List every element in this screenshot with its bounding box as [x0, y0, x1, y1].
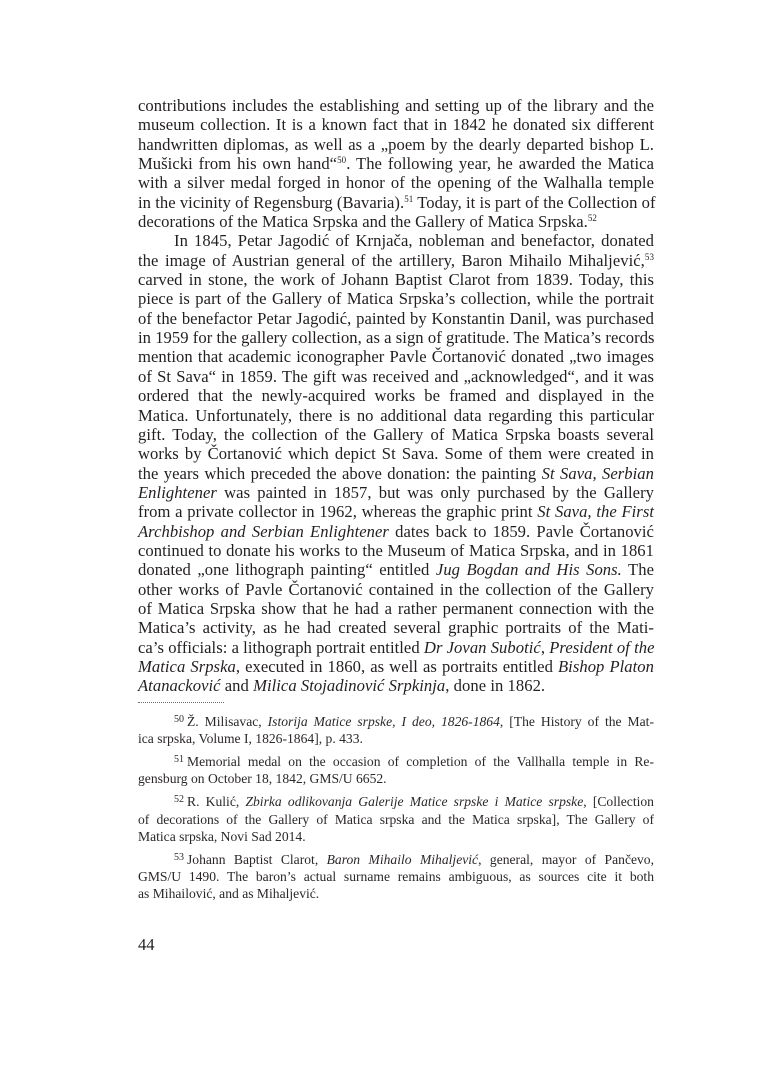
text-line: carved in stone, the work of Johann Bapt… — [138, 270, 654, 289]
text-line: continued to donate his works to the Mus… — [138, 541, 654, 560]
text-line: ca’s officials: a lithograph portrait en… — [138, 638, 654, 657]
text-run: ica srpska, Volume I, 1826-1864], p. 433… — [138, 731, 363, 746]
text-run: in the vicinity of Regensburg (Bavaria). — [138, 193, 404, 212]
text-run: and — [221, 676, 254, 695]
text-run: Ž. Milisavac, — [187, 714, 268, 729]
text-line: from a private collector in 1962, wherea… — [138, 502, 654, 521]
text-run: , — [541, 638, 549, 657]
text-line: with a silver medal forged in honor of t… — [138, 173, 654, 192]
text-run: , general, mayor of Pančevo, — [478, 852, 654, 867]
text-run: GMS/U 1490. The baron’s actual surname r… — [138, 869, 654, 884]
text-run: from a private collector in 1962, wherea… — [138, 502, 537, 521]
italic-title: Enlightener — [138, 483, 217, 502]
text-run: piece is part of the Gallery of Matica S… — [138, 289, 654, 308]
text-run: , done in 1862. — [445, 676, 545, 695]
footnote-separator — [138, 702, 224, 703]
text-run: of St Sava“ in 1859. The gift was receiv… — [138, 367, 654, 386]
text-run: . The following year, he awarded the Mat… — [346, 154, 654, 173]
italic-title: Dr Jovan Subotić — [424, 638, 541, 657]
text-run: Johann Baptist Clarot, — [187, 852, 327, 867]
text-line: Archbishop and Serbian Enlightener dates… — [138, 522, 654, 541]
footnote-line: 53Johann Baptist Clarot, Baron Mihailo M… — [138, 851, 654, 868]
body-text: contributions includes the establishing … — [138, 96, 654, 696]
text-line: Mušicki from his own hand“50. The follow… — [138, 154, 654, 173]
italic-title: Milica Stojadinović Srpkinja — [253, 676, 445, 695]
text-run: The — [622, 560, 654, 579]
text-run: gift. Today, the collection of the Galle… — [138, 425, 654, 444]
text-run: , [Collection — [583, 794, 654, 809]
footnote-reference[interactable]: 50 — [337, 155, 346, 165]
text-run: with a silver medal forged in honor of t… — [138, 173, 654, 192]
text-run: carved in stone, the work of Johann Bapt… — [138, 270, 654, 289]
italic-title: Istorija Matice srpske, I deo, 1826-1864 — [268, 714, 500, 729]
text-run: other works of Pavle Čortanović containe… — [138, 580, 654, 599]
footnote-line: of decorations of the Gallery of Matica … — [138, 811, 654, 828]
text-run: of Matica Srpska show that he had a rath… — [138, 599, 654, 618]
footnote-number: 52 — [174, 794, 184, 805]
text-run: Matica’s activity, as he had created sev… — [138, 618, 654, 637]
text-run: Mušicki from his own hand“ — [138, 154, 337, 173]
text-run: was painted in 1857, but was only purcha… — [217, 483, 654, 502]
page-number: 44 — [138, 935, 155, 955]
text-run: the image of Austrian general of the art… — [138, 251, 645, 270]
text-line: Matica. Unfortunately, there is no addit… — [138, 406, 654, 425]
text-line: ordered that the newly-acquired works be… — [138, 386, 654, 405]
text-line: the years which preceded the above donat… — [138, 464, 654, 483]
italic-title: President of the — [549, 638, 654, 657]
italic-title: St Sava, the First — [537, 502, 654, 521]
text-run: , [The History of the Mat- — [500, 714, 654, 729]
text-line: piece is part of the Gallery of Matica S… — [138, 289, 654, 308]
footnote-reference[interactable]: 51 — [404, 194, 413, 204]
italic-title: Zbirka odlikovanja Galerije Matice srpsk… — [245, 794, 583, 809]
text-run: dates back to 1859. Pavle Čortanović — [389, 522, 654, 541]
text-run: of decorations of the Gallery of Matica … — [138, 812, 654, 827]
text-line: in 1959 for the gallery collection, as a… — [138, 328, 654, 347]
text-run: ordered that the newly-acquired works be… — [138, 386, 654, 405]
text-run: ca’s officials: a lithograph portrait en… — [138, 638, 424, 657]
text-line: museum collection. It is a known fact th… — [138, 115, 654, 134]
italic-title: St Sava, Serbian — [542, 464, 654, 483]
italic-title: Jug Bogdan and His Sons. — [436, 560, 622, 579]
text-line: Matica Srpska, executed in 1860, as well… — [138, 657, 654, 676]
text-run: In 1845, Petar Jagodić of Krnjača, noble… — [174, 231, 654, 250]
text-run: continued to donate his works to the Mus… — [138, 541, 654, 560]
footnote-line: Matica srpska, Novi Sad 2014. — [138, 828, 654, 845]
text-run: museum collection. It is a known fact th… — [138, 115, 654, 134]
italic-title: Atanacković — [138, 676, 221, 695]
text-run: contributions includes the establishing … — [138, 96, 654, 115]
footnote-reference[interactable]: 53 — [645, 252, 654, 262]
text-line: other works of Pavle Čortanović containe… — [138, 580, 654, 599]
footnote-number: 50 — [174, 714, 184, 725]
footnote-line: ica srpska, Volume I, 1826-1864], p. 433… — [138, 730, 654, 747]
footnote-line: 52R. Kulić, Zbirka odlikovanja Galerije … — [138, 793, 654, 810]
text-run: in 1959 for the gallery collection, as a… — [138, 328, 655, 347]
italic-title: Baron Mihailo Mihaljević — [327, 852, 478, 867]
text-line: in the vicinity of Regensburg (Bavaria).… — [138, 193, 654, 212]
text-run: mention that academic iconographer Pavle… — [138, 347, 654, 366]
text-line: Atanacković and Milica Stojadinović Srpk… — [138, 676, 654, 695]
text-line: In 1845, Petar Jagodić of Krnjača, noble… — [138, 231, 654, 250]
footnote-number: 53 — [174, 852, 184, 863]
footnote-line: GMS/U 1490. The baron’s actual surname r… — [138, 868, 654, 885]
text-run: the years which preceded the above donat… — [138, 464, 542, 483]
footnote-line: 51Memorial medal on the occasion of comp… — [138, 753, 654, 770]
footnote-number: 51 — [174, 754, 184, 765]
footnote-line: gensburg on October 18, 1842, GMS/U 6652… — [138, 770, 654, 787]
text-run: gensburg on October 18, 1842, GMS/U 6652… — [138, 771, 387, 786]
text-run: Matica srpska, Novi Sad 2014. — [138, 829, 306, 844]
text-run: of the benefactor Petar Jagodić, painted… — [138, 309, 654, 328]
footnote-50: 50Ž. Milisavac, Istorija Matice srpske, … — [138, 713, 654, 747]
text-run: Memorial medal on the occasion of comple… — [187, 754, 654, 769]
italic-title: Archbishop and Serbian Enlightener — [138, 522, 389, 541]
footnote-51: 51Memorial medal on the occasion of comp… — [138, 753, 654, 787]
footnote-line: as Mihailović, and as Mihaljević. — [138, 885, 654, 902]
text-line: mention that academic iconographer Pavle… — [138, 347, 654, 366]
text-run: as Mihailović, and as Mihaljević. — [138, 886, 319, 901]
document-page: contributions includes the establishing … — [138, 96, 654, 909]
text-line: the image of Austrian general of the art… — [138, 251, 654, 270]
footnote-53: 53Johann Baptist Clarot, Baron Mihailo M… — [138, 851, 654, 903]
text-run: R. Kulić, — [187, 794, 245, 809]
text-run: donated „one lithograph painting“ entitl… — [138, 560, 436, 579]
text-line: decorations of the Matica Srpska and the… — [138, 212, 654, 231]
text-line: of Matica Srpska show that he had a rath… — [138, 599, 654, 618]
text-run: decorations of the Matica Srpska and the… — [138, 212, 588, 231]
footnote-line: 50Ž. Milisavac, Istorija Matice srpske, … — [138, 713, 654, 730]
text-line: Matica’s activity, as he had created sev… — [138, 618, 654, 637]
paragraph: In 1845, Petar Jagodić of Krnjača, noble… — [138, 231, 654, 695]
italic-title: Bishop Platon — [558, 657, 654, 676]
text-line: of the benefactor Petar Jagodić, painted… — [138, 309, 654, 328]
text-run: Today, it is part of the Collection of — [413, 193, 655, 212]
footnotes: 50Ž. Milisavac, Istorija Matice srpske, … — [138, 713, 654, 903]
text-run: works by Čortanović which depict St Sava… — [138, 444, 654, 463]
text-line: handwritten diplomas, as well as a „poem… — [138, 135, 654, 154]
footnote-52: 52R. Kulić, Zbirka odlikovanja Galerije … — [138, 793, 654, 845]
text-line: of St Sava“ in 1859. The gift was receiv… — [138, 367, 654, 386]
text-line: works by Čortanović which depict St Sava… — [138, 444, 654, 463]
paragraph: contributions includes the establishing … — [138, 96, 654, 231]
text-run: Matica. Unfortunately, there is no addit… — [138, 406, 654, 425]
text-line: Enlightener was painted in 1857, but was… — [138, 483, 654, 502]
text-run: handwritten diplomas, as well as a „poem… — [138, 135, 654, 154]
footnote-reference[interactable]: 52 — [588, 213, 597, 223]
text-run: , executed in 1860, as well as portraits… — [236, 657, 558, 676]
text-line: contributions includes the establishing … — [138, 96, 654, 115]
text-line: donated „one lithograph painting“ entitl… — [138, 560, 654, 579]
italic-title: Matica Srpska — [138, 657, 236, 676]
text-line: gift. Today, the collection of the Galle… — [138, 425, 654, 444]
